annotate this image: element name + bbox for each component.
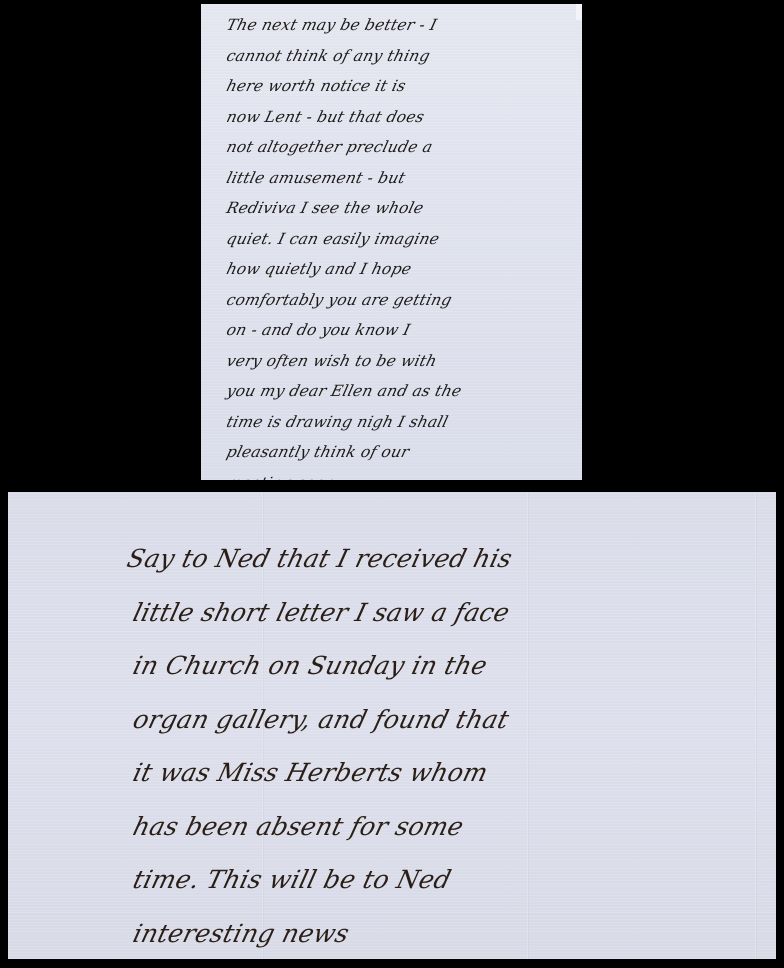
letter-text-top: The next may be better - I cannot think …: [223, 10, 488, 480]
handwritten-line: Rediviva I see the whole: [223, 193, 496, 224]
handwritten-line: not altogether preclude a: [223, 132, 496, 163]
handwritten-line: very often wish to be with: [223, 346, 496, 377]
paper-tab: [576, 4, 582, 20]
handwritten-line: now Lent - but that does: [223, 102, 496, 133]
handwritten-line: little amusement - but: [223, 163, 496, 194]
fold-line-vertical: [755, 492, 757, 959]
handwritten-line: organ gallery, and found that: [127, 693, 518, 747]
handwritten-line: cannot think of any thing: [223, 41, 496, 72]
handwritten-line: pleasantly think of our: [223, 437, 496, 468]
handwritten-line: has been absent for some: [127, 800, 518, 854]
handwritten-line: The next may be better - I: [223, 10, 496, 41]
handwritten-line: you my dear Ellen and as the: [223, 376, 496, 407]
handwritten-line: how quietly and I hope: [223, 254, 496, 285]
handwritten-line: comfortably you are getting: [223, 285, 496, 316]
handwritten-line: meeting soon: [223, 468, 496, 481]
handwritten-line: it was Miss Herberts whom: [127, 746, 518, 800]
letter-page-bottom: Say to Ned that I received his little sh…: [8, 492, 776, 959]
handwritten-line: in Church on Sunday in the: [127, 639, 518, 693]
letter-text-bottom: Say to Ned that I received his little sh…: [121, 532, 505, 959]
handwritten-line: here worth notice it is: [223, 71, 496, 102]
letter-page-top: The next may be better - I cannot think …: [201, 4, 582, 480]
handwritten-line: time is drawing nigh I shall: [223, 407, 496, 438]
handwritten-line: quiet. I can easily imagine: [223, 224, 496, 255]
handwritten-line: time. This will be to Ned: [127, 853, 518, 907]
handwritten-line: little short letter I saw a face: [127, 586, 518, 640]
fold-line-vertical: [527, 492, 529, 959]
handwritten-line: Say to Ned that I received his: [121, 532, 518, 586]
handwritten-line: on - and do you know I: [223, 315, 496, 346]
handwritten-line: interesting news: [127, 907, 518, 960]
